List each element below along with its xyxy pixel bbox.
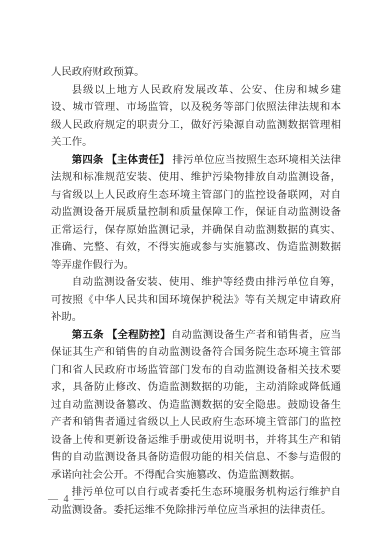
article-5-heading: 第五条 【全程防控】: [72, 330, 171, 341]
page-number: — 4 —: [48, 494, 86, 506]
paragraph-equipment-funding: 自动监测设备安装、使用、维护等经费由排污单位自筹，可按照《中华人民共和国环境保护…: [51, 274, 341, 327]
paragraph-article-5: 第五条 【全程防控】自动监测设备生产者和销售者，应当保证其生产和销售的自动监测设…: [51, 327, 341, 485]
paragraph-article-4: 第四条 【主体责任】 排污单位应当按照生态环境相关法律法规和标准规范安装、使用、…: [51, 152, 341, 275]
paragraph-text: 自动监测设备生产者和销售者，应当保证其生产和销售的自动监测设备符合国务院生态环境…: [51, 330, 341, 481]
paragraph-departments-duties: 县级以上地方人民政府发展改革、公安、住房和城乡建设、城市管理、市场监管，以及税务…: [51, 82, 341, 152]
article-4-heading: 第四条 【主体责任】: [72, 155, 170, 166]
paragraph-text: 人民政府财政预算。: [51, 67, 145, 78]
paragraph-text: 县级以上地方人民政府发展改革、公安、住房和城乡建设、城市管理、市场监管，以及税务…: [51, 85, 341, 149]
document-page: 人民政府财政预算。 县级以上地方人民政府发展改革、公安、住房和城乡建设、城市管理…: [0, 0, 390, 551]
paragraph-budget-continuation: 人民政府财政预算。: [51, 64, 341, 82]
text-block: 人民政府财政预算。 县级以上地方人民政府发展改革、公安、住房和城乡建设、城市管理…: [51, 64, 341, 519]
paragraph-text: 排污单位可以自行或者委托生态环境服务机构运行维护自动监测设备。委托运维不免除排污…: [51, 487, 341, 516]
paragraph-text: 排污单位应当按照生态环境相关法律法规和标准规范安装、使用、维护污染物排放自动监测…: [51, 155, 341, 271]
paragraph-entrusted-operation: 排污单位可以自行或者委托生态环境服务机构运行维护自动监测设备。委托运维不免除排污…: [51, 484, 341, 519]
paragraph-text: 自动监测设备安装、使用、维护等经费由排污单位自筹，可按照《中华人民共和国环境保护…: [51, 277, 341, 323]
